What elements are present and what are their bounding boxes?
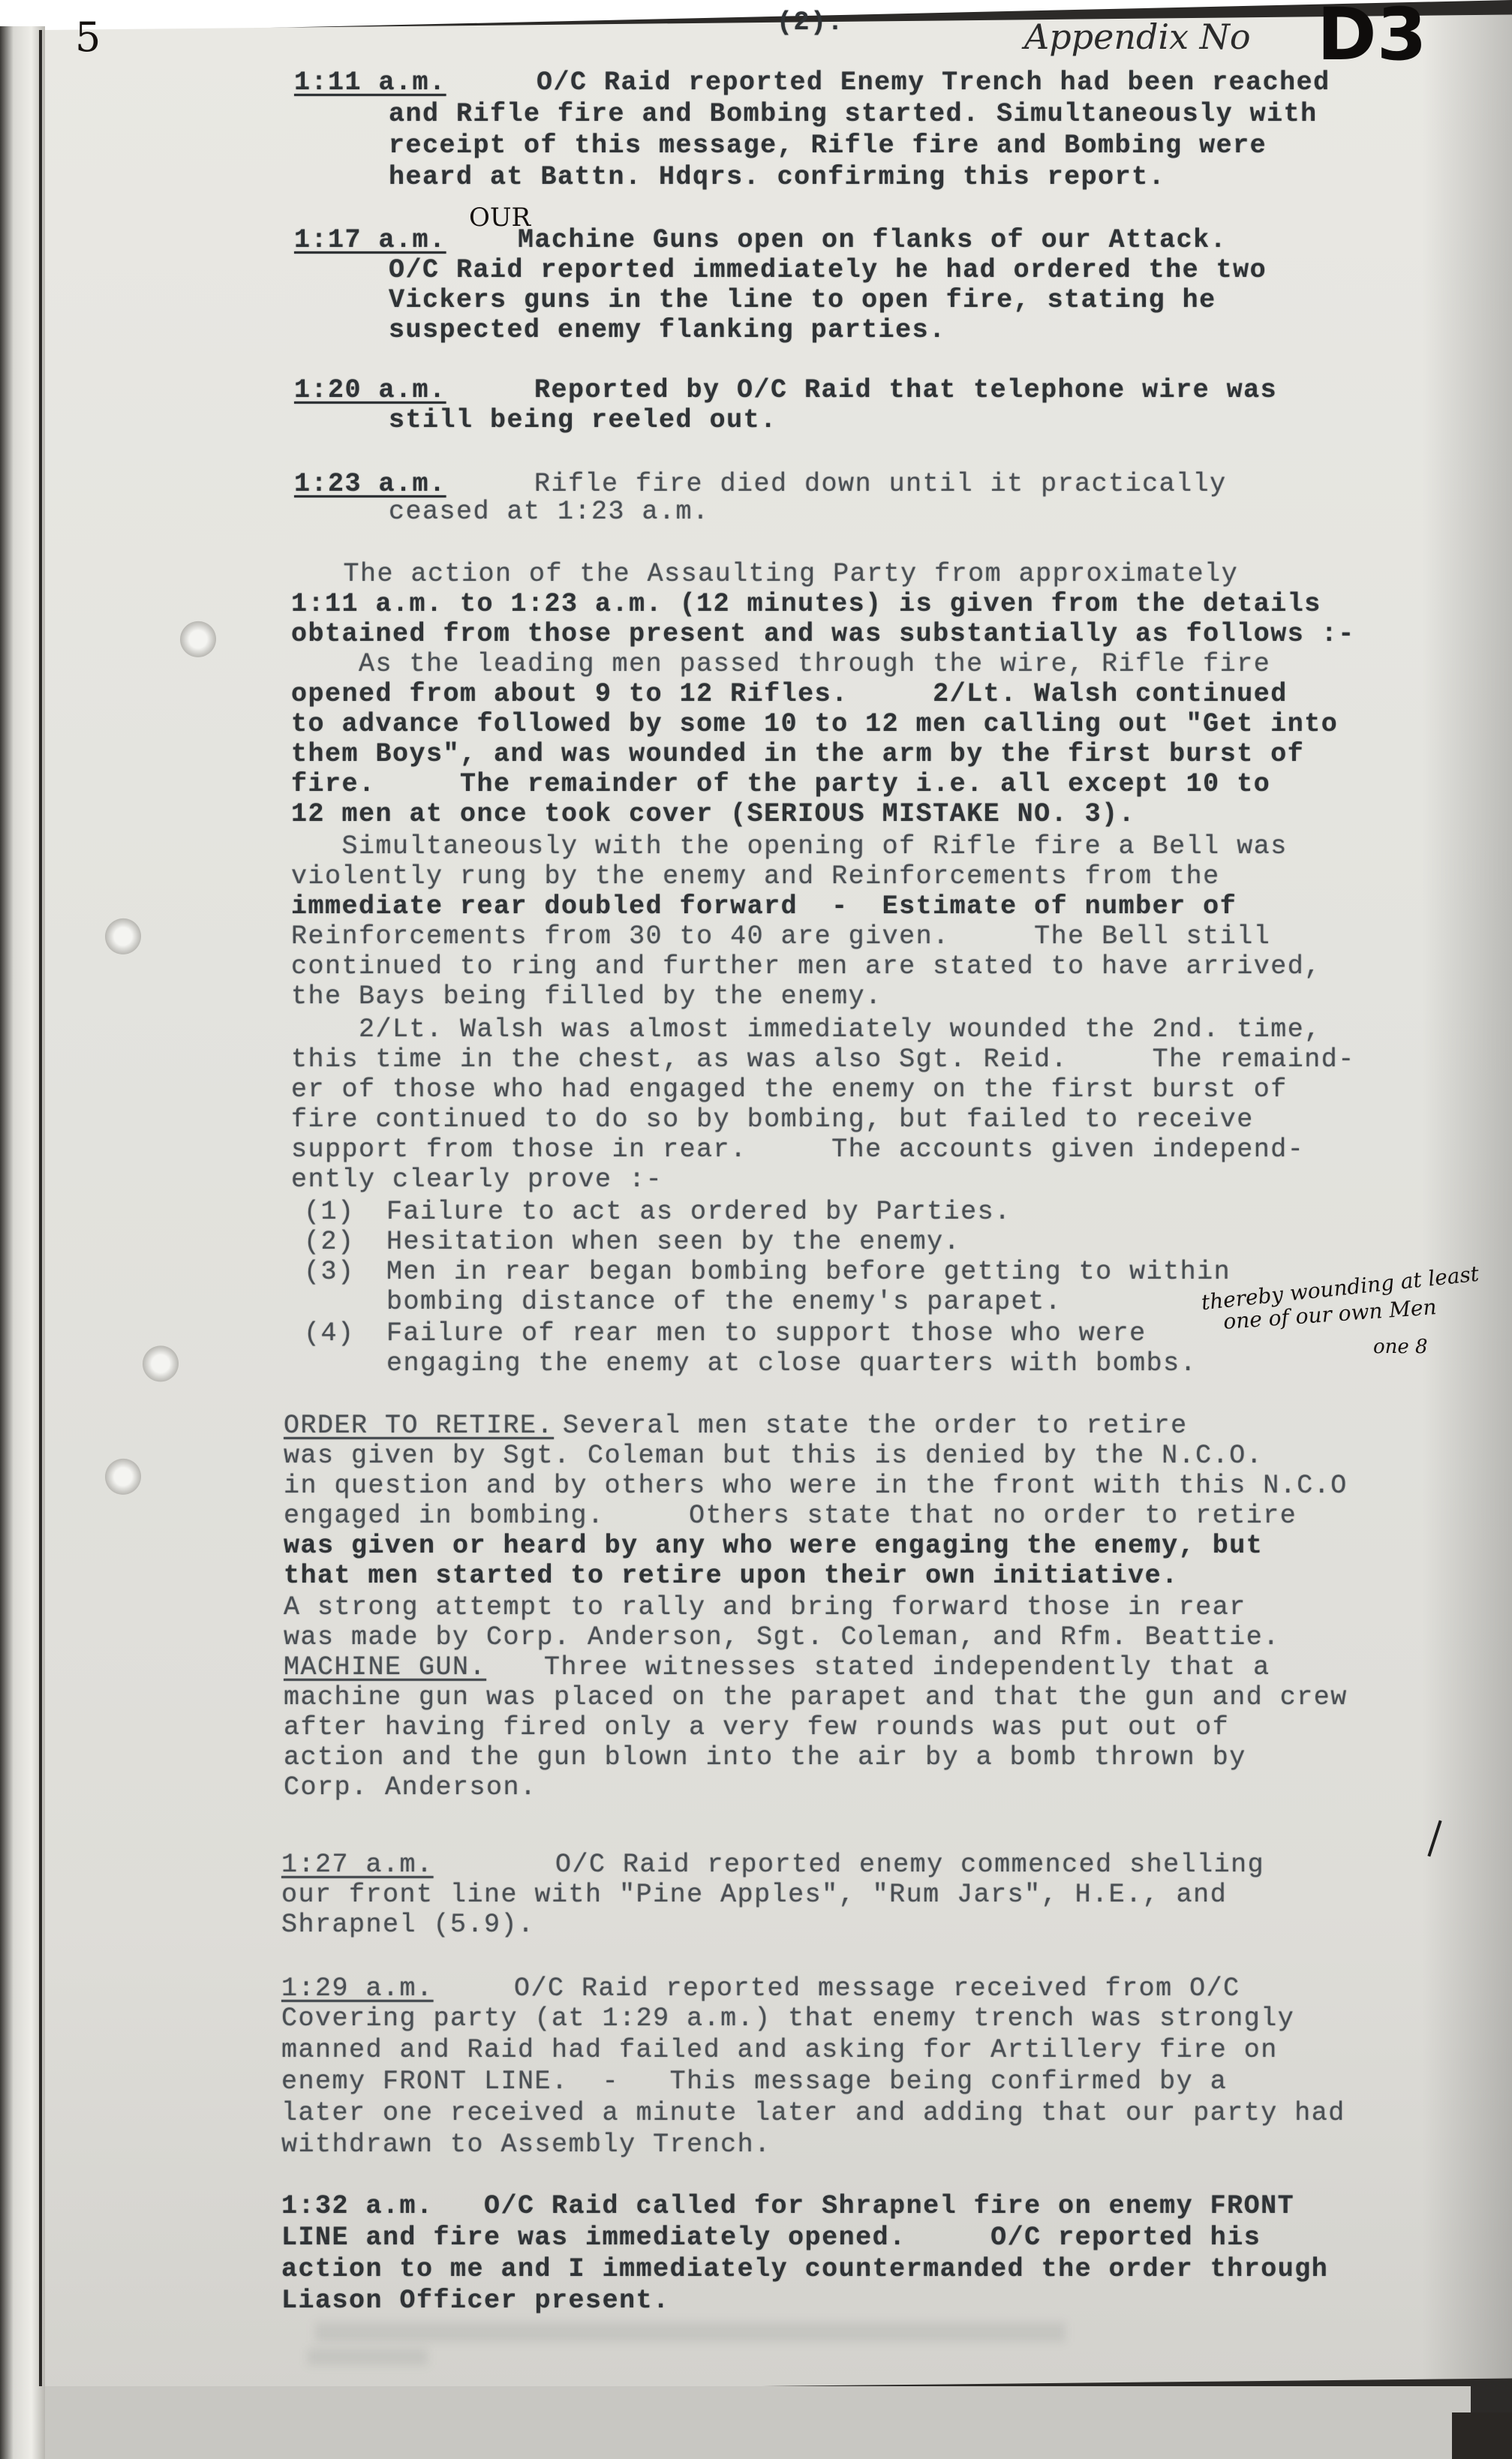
entry-line: action to me and I immediately counterma… [281,2254,1328,2284]
section-line: A strong attempt to rally and bring forw… [284,1592,1246,1622]
bleed-through-text [315,2322,1066,2342]
entry-line: receipt of this message, Rifle fire and … [389,131,1267,161]
entry-line: later one received a minute later and ad… [281,2098,1345,2128]
narrative-line: The action of the Assaulting Party from … [293,559,1238,589]
narrative-line: continued to ring and further men are st… [291,951,1321,981]
entry-line: O/C Raid reported Enemy Trench had been … [537,68,1330,98]
entry-line: enemy FRONT LINE. - This message being c… [281,2067,1227,2097]
narrative-line: this time in the chest, as was also Sgt.… [291,1045,1355,1075]
section-line: Corp. Anderson. [284,1772,537,1802]
narrative-line: As the leading men passed through the wi… [291,649,1270,679]
entry-line: suspected enemy flanking parties. [389,315,946,345]
finding-text: Failure to act as ordered by Parties. [386,1197,1012,1227]
bleed-through-text [308,2349,428,2365]
section-line: engaged in bombing. Others state that no… [284,1501,1297,1531]
finding-number: (1) [304,1197,355,1227]
entry-line: Covering party (at 1:29 a.m.) that enemy… [281,2004,1294,2034]
narrative-line: fire. The remainder of the party i.e. al… [291,769,1270,799]
appendix-label: Appendix No [1024,17,1251,57]
section-heading: ORDER TO RETIRE. [284,1411,554,1441]
entry-time: 1:27 a.m. [281,1850,434,1880]
entry-time: 1:17 a.m. [294,225,446,255]
entry-time: 1:32 a.m. [281,2191,434,2221]
finding-text: bombing distance of the enemy's parapet. [386,1287,1062,1317]
narrative-line: er of those who had engaged the enemy on… [291,1075,1288,1105]
narrative-line: opened from about 9 to 12 Rifles. 2/Lt. … [291,679,1288,709]
section-line: Three witnesses stated independently tha… [544,1652,1270,1682]
entry-line: and Rifle fire and Bombing started. Simu… [389,99,1318,129]
finding-text: engaging the enemy at close quarters wit… [386,1348,1197,1378]
corner-mark: 5 [75,14,101,61]
narrative-line: ently clearly prove :- [291,1165,663,1195]
entry-line: O/C Raid reported immediately he had ord… [389,255,1267,285]
entry-line: O/C Raid reported enemy commenced shelli… [555,1850,1264,1880]
narrative-line: support from those in rear. The accounts… [291,1135,1304,1165]
section-line: Several men state the order to retire [563,1411,1188,1441]
entry-line: Vickers guns in the line to open fire, s… [389,285,1216,315]
narrative-line: to advance followed by some 10 to 12 men… [291,709,1338,739]
entry-line: Shrapnel (5.9). [281,1910,535,1940]
narrative-line: Reinforcements from 30 to 40 are given. … [291,921,1270,951]
entry-line: LINE and fire was immediately opened. O/… [281,2223,1261,2253]
margin-note: one 8 [1373,1336,1428,1358]
finding-text: Failure of rear men to support those who… [386,1318,1147,1348]
entry-line: withdrawn to Assembly Trench. [281,2130,771,2160]
entry-line: Reported by O/C Raid that telephone wire… [534,375,1277,405]
finding-text: Men in rear began bombing before getting… [386,1257,1231,1287]
entry-line: O/C Raid reported message received from … [514,1974,1240,2004]
narrative-line: 12 men at once took cover (SERIOUS MISTA… [291,799,1135,829]
margin-tick-mark [1427,1820,1441,1857]
narrative-line: 2/Lt. Walsh was almost immediately wound… [291,1015,1321,1045]
section-line: was given or heard by any who were engag… [284,1531,1263,1561]
finding-number: (4) [304,1318,355,1348]
section-line: in question and by others who were in th… [284,1471,1348,1501]
narrative-line: 1:11 a.m. to 1:23 a.m. (12 minutes) is g… [291,589,1321,619]
entry-line: manned and Raid had failed and asking fo… [281,2035,1278,2065]
narrative-line: the Bays being filled by the enemy. [291,981,882,1012]
finding-number: (2) [304,1227,355,1257]
finding-number: (3) [304,1257,355,1287]
entry-line: Machine Guns open on flanks of our Attac… [518,225,1227,255]
entry-line: ceased at 1:23 a.m. [389,497,710,527]
appendix-id: D3 [1317,0,1426,77]
narrative-line: Simultaneously with the opening of Rifle… [291,831,1288,861]
page-marker: (2). [777,8,844,38]
narrative-line: obtained from those present and was subs… [291,619,1355,649]
entry-line: still being reeled out. [389,405,777,435]
entry-time: 1:11 a.m. [294,68,446,98]
section-line: machine gun was placed on the parapet an… [284,1682,1348,1712]
entry-time: 1:29 a.m. [281,1974,434,2004]
entry-line: O/C Raid called for Shrapnel fire on ene… [484,2191,1294,2221]
document-text: 5 (2). Appendix No D3 1:11 a.m. O/C Raid… [0,0,1512,2459]
section-line: that men started to retire upon their ow… [284,1561,1179,1591]
narrative-line: immediate rear doubled forward - Estimat… [291,891,1237,921]
section-heading: MACHINE GUN. [284,1652,486,1682]
section-line: was made by Corp. Anderson, Sgt. Coleman… [284,1622,1280,1652]
narrative-line: them Boys", and was wounded in the arm b… [291,739,1304,769]
finding-text: Hesitation when seen by the enemy. [386,1227,960,1257]
narrative-line: violently rung by the enemy and Reinforc… [291,861,1220,891]
section-line: action and the gun blown into the air by… [284,1742,1246,1772]
section-line: after having fired only a very few round… [284,1712,1229,1742]
entry-line: Rifle fire died down until it practicall… [534,469,1227,499]
entry-line: Liason Officer present. [281,2286,670,2316]
entry-line: our front line with "Pine Apples", "Rum … [281,1880,1227,1910]
entry-time: 1:23 a.m. [294,469,446,499]
section-line: was given by Sgt. Coleman but this is de… [284,1441,1263,1471]
entry-line: heard at Battn. Hdqrs. confirming this r… [389,162,1165,192]
entry-time: 1:20 a.m. [294,375,446,405]
narrative-line: fire continued to do so by bombing, but … [291,1105,1254,1135]
